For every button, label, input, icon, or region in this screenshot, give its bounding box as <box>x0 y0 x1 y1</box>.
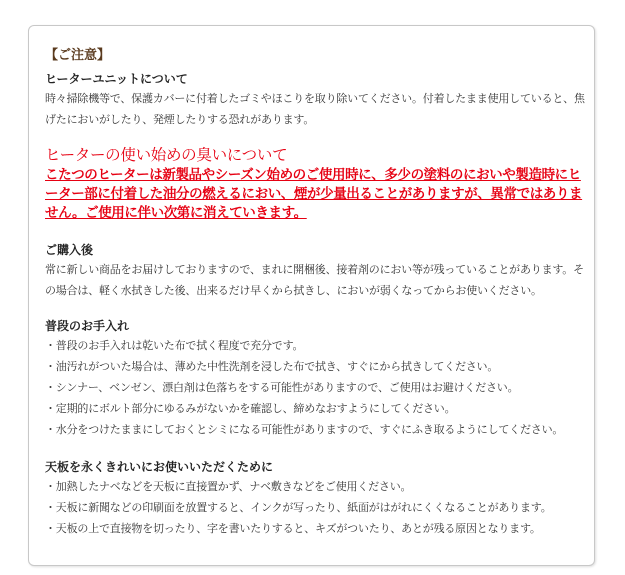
daily-care-title: 普段のお手入れ <box>45 317 585 335</box>
tabletop-title: 天板を永くきれいにお使いいただくために <box>45 458 585 476</box>
heater-unit-body: 時々掃除機等で、保護カバーに付着したゴミやほこりを取り除いてください。付着したま… <box>45 88 585 130</box>
tabletop-list: ・加熱したナベなどを天板に直接置かず、ナベ敷きなどをご使用ください。 ・天板に新… <box>45 476 585 539</box>
warning-title: ヒーターの使い始めの臭いについて <box>45 144 585 166</box>
daily-care-list: ・普段のお手入れは乾いた布で拭く程度で充分です。 ・油汚れがついた場合は、薄めた… <box>45 335 585 440</box>
warning-body: こたつのヒーターは新製品やシーズン始めのご使用時に、多少の塗料のにおいや製造時に… <box>45 166 585 223</box>
list-item: ・天板の上で直接物を切ったり、字を書いたりすると、キズがついたり、あとが残る原因… <box>45 518 585 539</box>
list-item: ・シンナー、ベンゼン、漂白剤は色落ちをする可能性がありますので、ご使用はお避けく… <box>45 377 585 398</box>
notice-heading: 【ご注意】 <box>45 46 585 66</box>
notice-box: 【ご注意】 ヒーターユニットについて 時々掃除機等で、保護カバーに付着したゴミや… <box>28 25 595 566</box>
list-item: ・水分をつけたままにしておくとシミになる可能性がありますので、すぐにふき取るよう… <box>45 419 585 440</box>
notice-content: 【ご注意】 ヒーターユニットについて 時々掃除機等で、保護カバーに付着したゴミや… <box>45 46 585 539</box>
list-item: ・油汚れがついた場合は、薄めた中性洗剤を浸した布で拭き、すぐにから拭きしてくださ… <box>45 356 585 377</box>
after-purchase-title: ご購入後 <box>45 241 585 259</box>
heater-unit-title: ヒーターユニットについて <box>45 70 585 88</box>
list-item: ・加熱したナベなどを天板に直接置かず、ナベ敷きなどをご使用ください。 <box>45 476 585 497</box>
list-item: ・天板に新聞などの印刷面を放置すると、インクが写ったり、紙面がはがれにくくなるこ… <box>45 497 585 518</box>
list-item: ・普段のお手入れは乾いた布で拭く程度で充分です。 <box>45 335 585 356</box>
list-item: ・定期的にボルト部分にゆるみがないかを確認し、締めなおすようにしてください。 <box>45 398 585 419</box>
after-purchase-body: 常に新しい商品をお届けしておりますので、まれに開梱後、接着剤のにおい等が残ってい… <box>45 259 585 301</box>
